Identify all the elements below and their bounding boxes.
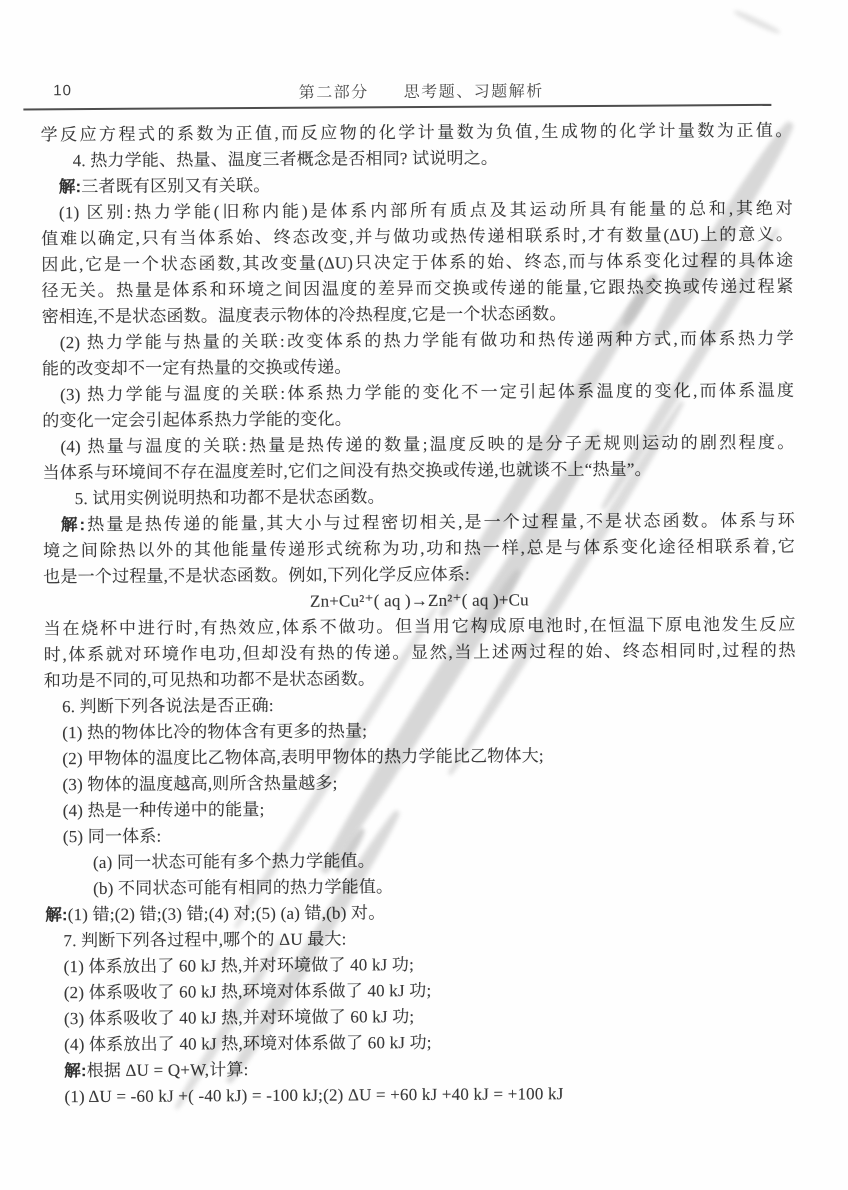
text-line: (1) ΔU = -60 kJ +( -40 kJ) = -100 kJ;(2)… [46,1080,798,1111]
header-title: 第二部分 思考题、习题解析 [0,76,845,104]
text-line: 径无关。热量是体系和环境之间因温度的差异而交换或传递的能量,它跟热交换或传递过程… [41,274,793,305]
text-line: 学反应方程式的系数为正值,而反应物的化学计量数为负值,生成物的化学计量数为正值。 [40,118,792,149]
text-line: (4) 热量与温度的关联:热量是热传递的数量;温度反映的是分子无规则运动的剧烈程… [42,430,794,461]
text-line: (3) 热力学能与温度的关联:体系热力学能的变化不一定引起体系温度的变化,而体系… [42,378,794,409]
text-line: 时,体系就对环境作电功,但却没有热的传递。显然,当上述两过程的始、终态相同时,过… [44,638,796,669]
text-line: 境之间除热以外的其他能量传递形式统称为功,功和热一样,总是与体系变化途径相联系着… [43,534,795,565]
text-line: (2) 热力学能与热量的关联:改变体系的热力学能有做功和热传递两种方式,而体系热… [42,326,794,357]
header-rule [23,104,771,111]
page-scan: 10 第二部分 思考题、习题解析 学反应方程式的系数为正值,而反应物的化学计量数… [0,0,848,1190]
text-body: 学反应方程式的系数为正值,而反应物的化学计量数为负值,生成物的化学计量数为正值。… [40,118,798,1111]
book-page: 10 第二部分 思考题、习题解析 学反应方程式的系数为正值,而反应物的化学计量数… [0,0,848,1190]
